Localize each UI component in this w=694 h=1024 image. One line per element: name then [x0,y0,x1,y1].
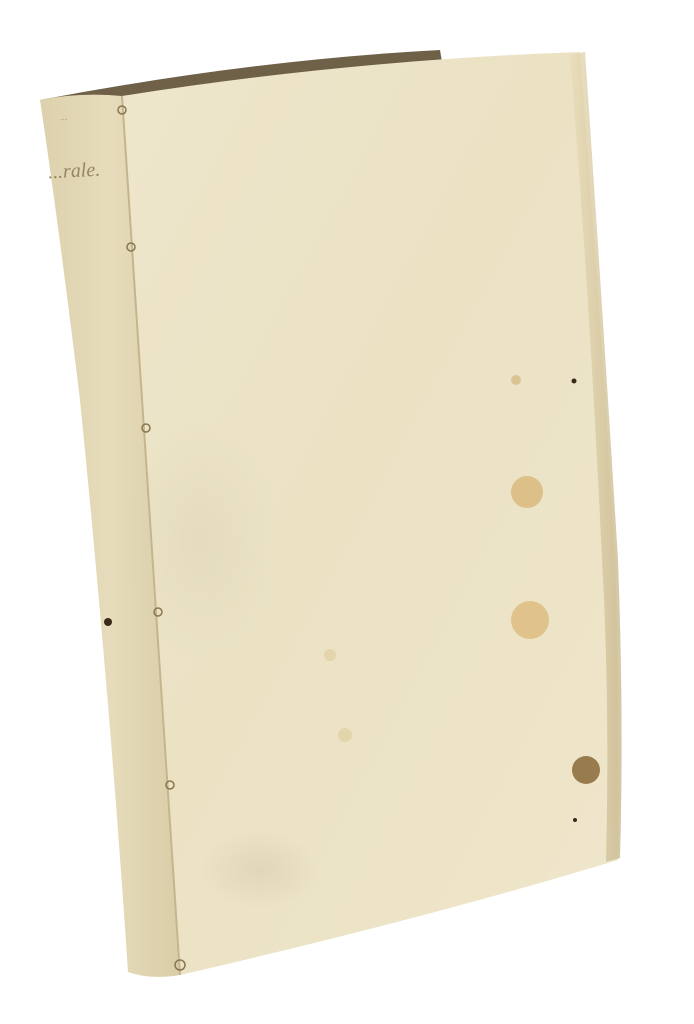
shadow-patch [200,830,320,910]
stain [572,756,600,784]
stain [338,728,352,742]
ink-spot [572,379,577,384]
vellum-book-illustration [0,0,694,1024]
spine-inscription: ...rale. [47,159,100,185]
book-photo: ... ...rale. [0,0,694,1024]
shadow-patch [120,420,280,660]
stain [511,601,549,639]
stain [511,476,543,508]
stain [324,649,336,661]
spine-inscription-small: ... [60,112,68,123]
stain [511,375,521,385]
ink-spot [104,618,112,626]
ink-spot [573,818,577,822]
